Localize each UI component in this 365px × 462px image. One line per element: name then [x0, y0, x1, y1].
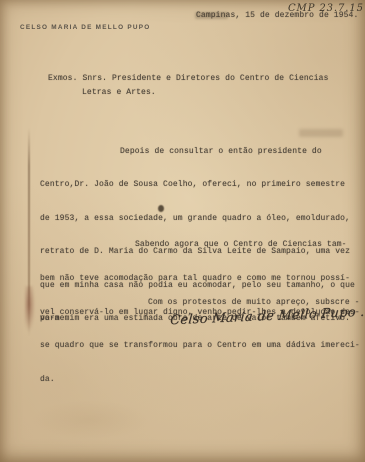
paper-stain — [30, 400, 150, 440]
paper-stain — [25, 286, 35, 332]
ink-blot — [158, 205, 164, 212]
erased-text-smudge — [299, 129, 343, 137]
typewriter-overstrike-smudge — [195, 12, 228, 19]
typed-line: da. — [40, 372, 352, 388]
typed-line: Centro,Dr. João de Sousa Coelho, ofereci… — [40, 177, 352, 192]
typed-line: Depois de consultar o então presidente d… — [120, 144, 352, 159]
typed-line: bem não teve acomodação para tal quadro … — [40, 271, 352, 287]
closing-line: vo-me. — [40, 314, 70, 323]
letterhead-name: CELSO MARIA DE MELLO PUPO — [20, 24, 150, 31]
salutation-line: Exmos. Snrs. Presidente e Diretores do C… — [48, 74, 328, 83]
typed-line: Sabendo agora que o Centro de Ciencias t… — [135, 237, 352, 253]
letter-page: CMP 23.7.15 CELSO MARIA DE MELLO PUPO Ca… — [0, 0, 365, 462]
salutation-line: Letras e Artes. — [82, 88, 156, 97]
typed-line: se quadro que se transformou para o Cent… — [40, 338, 352, 354]
